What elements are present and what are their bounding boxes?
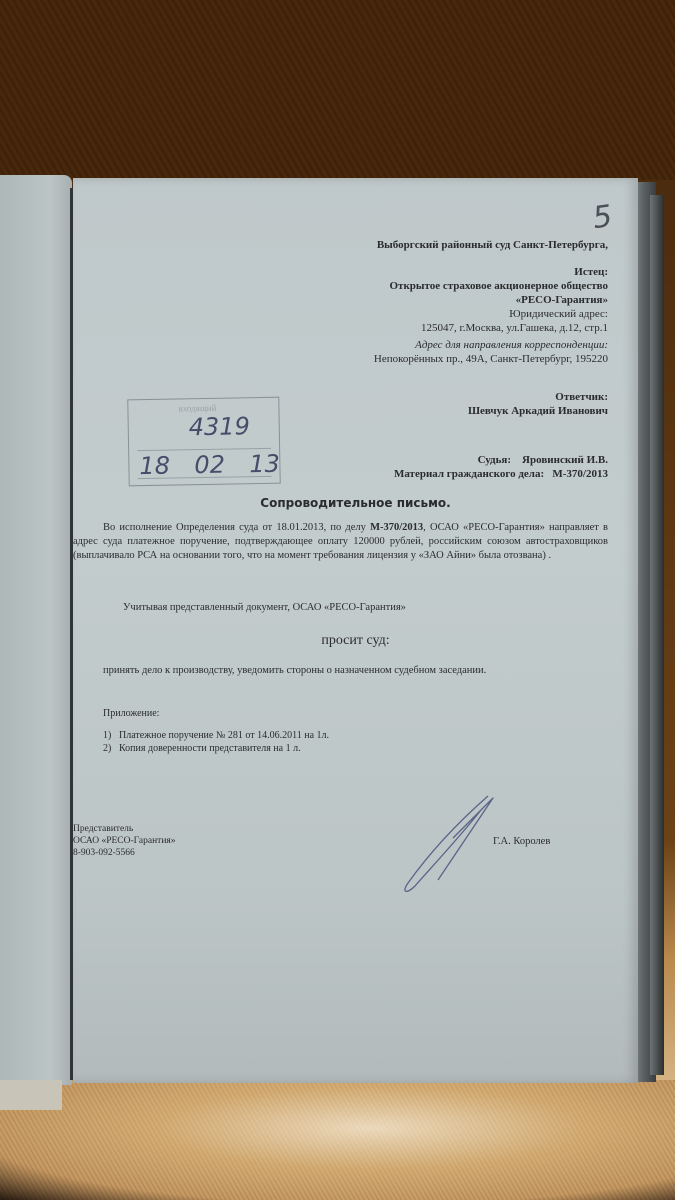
considering-line: Учитывая представленный документ, ОСАО «… — [123, 602, 406, 613]
defendant-name: Шевчук Аркадий Иванович — [468, 404, 608, 418]
correspondence-label: Адрес для направления корреспонденции: — [374, 338, 608, 352]
body-paragraph: Во исполнение Определения суда от 18.01.… — [73, 521, 608, 563]
page-stack-edge-back — [650, 195, 664, 1075]
binding-spine — [70, 188, 73, 1080]
stamp-month: 02 — [194, 451, 225, 480]
rep-phone: 8-903-092-5566 — [73, 847, 176, 859]
incoming-stamp: входящий 4319 18 02 13 — [127, 397, 280, 487]
defendant-block: Ответчик: Шевчук Аркадий Иванович — [468, 390, 608, 418]
signer-name: Г.А. Королев — [493, 836, 550, 847]
plaintiff-name-line2: «РЕСО-Гарантия» — [374, 293, 608, 307]
para-case-number: М-370/2013 — [370, 522, 423, 533]
handwritten-page-number: 5 — [591, 199, 615, 236]
stamp-day: 18 — [139, 452, 170, 481]
rep-label: Представитель — [73, 823, 176, 835]
plaintiff-block: Истец: Открытое страховое акционерное об… — [374, 265, 608, 366]
para-start: Во исполнение Определения суда от 18.01.… — [103, 522, 370, 533]
judge-name: Яровинский И.В. — [522, 454, 608, 466]
legal-address: 125047, г.Москва, ул.Гашека, д.12, стр.1 — [374, 321, 608, 335]
stamp-faint-text: входящий — [178, 403, 216, 414]
defendant-label: Ответчик: — [468, 390, 608, 404]
desk-background-top — [0, 0, 675, 180]
judge-case-block: Судья: Яровинский И.В. Материал гражданс… — [394, 453, 608, 481]
attachment-item: 2)Копия доверенности представителя на 1 … — [103, 742, 329, 755]
case-number: М-370/2013 — [552, 468, 608, 480]
request-heading: просит суд: — [73, 633, 638, 649]
judge-line: Судья: Яровинский И.В. — [394, 453, 608, 467]
attachments-label: Приложение: — [103, 708, 159, 719]
stamp-incoming-number: 4319 — [189, 412, 251, 441]
court-name: Выборгский районный суд Санкт-Петербурга… — [377, 238, 608, 252]
left-page-edge — [0, 175, 72, 1085]
rep-org: ОСАО «РЕСО-Гарантия» — [73, 835, 176, 847]
document-page: 5 Выборгский районный суд Санкт-Петербур… — [73, 178, 638, 1083]
plaintiff-name-line1: Открытое страховое акционерное общество — [374, 279, 608, 293]
desk-background-bottom — [0, 1080, 675, 1200]
attachments-list: 1)Платежное поручение № 281 от 14.06.201… — [103, 729, 329, 755]
left-page-foot — [0, 1080, 62, 1110]
representative-block: Представитель ОСАО «РЕСО-Гарантия» 8-903… — [73, 823, 176, 859]
attachment-item: 1)Платежное поручение № 281 от 14.06.201… — [103, 729, 329, 742]
judge-label: Судья: — [478, 454, 511, 466]
case-label: Материал гражданского дела: — [394, 468, 544, 480]
plaintiff-label: Истец: — [374, 265, 608, 279]
case-line: Материал гражданского дела: М-370/2013 — [394, 467, 608, 481]
letter-title: Сопроводительное письмо. — [73, 496, 638, 510]
legal-address-label: Юридический адрес: — [374, 307, 608, 321]
correspondence-address: Непокорённых пр., 49А, Санкт-Петербург, … — [374, 352, 608, 366]
request-text: принять дело к производству, уведомить с… — [103, 665, 486, 676]
stamp-year: 13 — [249, 450, 280, 479]
